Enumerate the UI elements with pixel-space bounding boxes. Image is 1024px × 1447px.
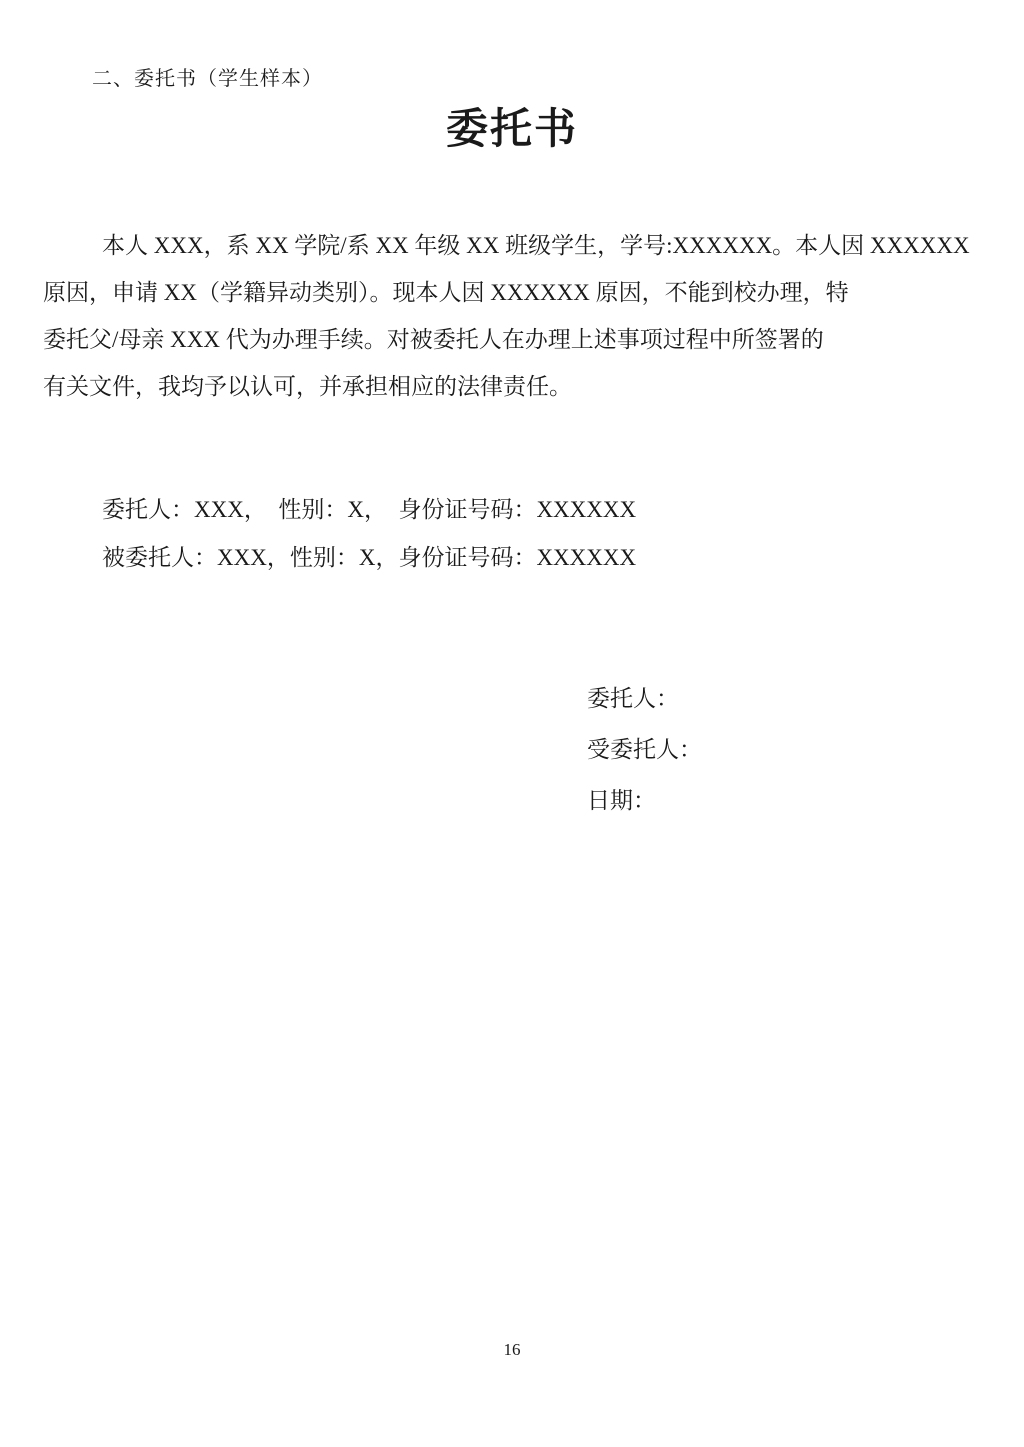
- page-number: 16: [0, 1340, 1024, 1360]
- principal-info-line: 委托人：XXX， 性别：X， 身份证号码：XXXXXX: [102, 486, 636, 534]
- body-paragraph: 本人 XXX，系 XX 学院/系 XX 年级 XX 班级学生，学号:XXXXXX…: [43, 222, 1003, 410]
- section-heading: 二、委托书（学生样本）: [92, 62, 323, 91]
- signature-principal-label: 委托人：: [587, 673, 702, 724]
- document-title: 委托书: [0, 96, 1024, 156]
- signature-date-label: 日期：: [587, 775, 702, 826]
- parties-section: 委托人：XXX， 性别：X， 身份证号码：XXXXXX 被委托人：XXX，性别：…: [102, 486, 636, 582]
- body-line-3: 委托父/母亲 XXX 代为办理手续。对被委托人在办理上述事项过程中所签署的: [43, 316, 1003, 363]
- document-page: 二、委托书（学生样本） 委托书 本人 XXX，系 XX 学院/系 XX 年级 X…: [0, 0, 1024, 1447]
- signature-block: 委托人： 受委托人： 日期：: [587, 673, 702, 826]
- body-line-1: 本人 XXX，系 XX 学院/系 XX 年级 XX 班级学生，学号:XXXXXX…: [43, 222, 1003, 269]
- body-line-2: 原因，申请 XX（学籍异动类别）。现本人因 XXXXXX 原因，不能到校办理，特: [43, 269, 1003, 316]
- signature-agent-label: 受委托人：: [587, 724, 702, 775]
- body-line-4: 有关文件，我均予以认可，并承担相应的法律责任。: [43, 363, 1003, 410]
- agent-info-line: 被委托人：XXX，性别：X，身份证号码：XXXXXX: [102, 534, 636, 582]
